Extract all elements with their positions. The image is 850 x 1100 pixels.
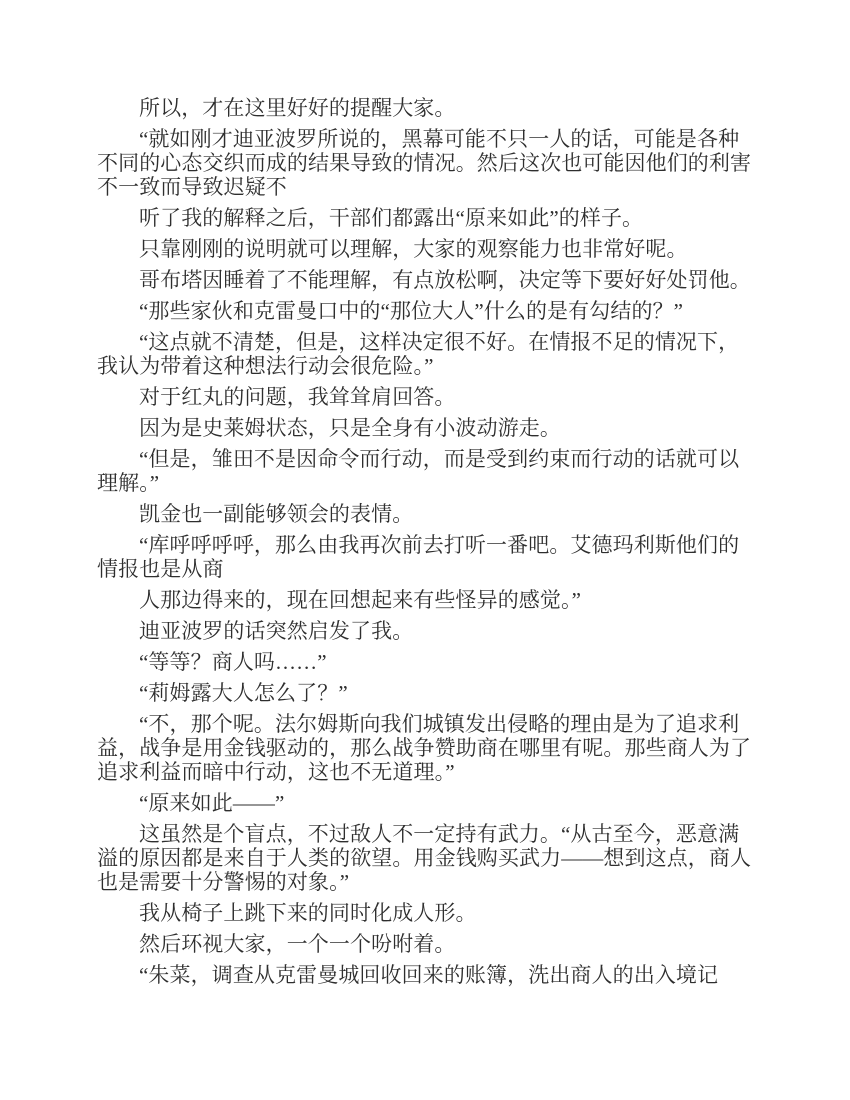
text-line: 所以，才在这里好好的提醒大家。 bbox=[97, 96, 759, 120]
text-line: 这虽然是个盲点，不过敌人不一定持有武力。“从古至今，恶意满 bbox=[97, 822, 759, 846]
text-line: “库呼呼呼呼，那么由我再次前去打听一番吧。艾德玛利斯他们的 bbox=[97, 533, 759, 557]
text-line: 情报也是从商 bbox=[97, 557, 759, 581]
text-line: “等等？商人吗……” bbox=[97, 650, 759, 674]
text-line: 人那边得来的，现在回想起来有些怪异的感觉。” bbox=[97, 588, 759, 612]
text-line: “但是，雏田不是因命令而行动，而是受到约束而行动的话就可以 bbox=[97, 447, 759, 471]
text-line: 哥布塔因睡着了不能理解，有点放松啊，决定等下要好好处罚他。 bbox=[97, 268, 759, 292]
text-line: 对于红丸的问题，我耸耸肩回答。 bbox=[97, 385, 759, 409]
text-line: “那些家伙和克雷曼口中的“那位大人”什么的是有勾结的？” bbox=[97, 299, 759, 323]
text-line: 追求利益而暗中行动，这也不无道理。” bbox=[97, 760, 759, 784]
text-line: 因为是史莱姆状态，只是全身有小波动游走。 bbox=[97, 416, 759, 440]
text-line: 然后环视大家，一个一个吩咐着。 bbox=[97, 932, 759, 956]
text-line: 不同的心态交织而成的结果导致的情况。然后这次也可能因他们的利害 bbox=[97, 151, 759, 175]
text-line: 益，战争是用金钱驱动的，那么战争赞助商在哪里有呢。那些商人为了 bbox=[97, 736, 759, 760]
text-line: 听了我的解释之后，干部们都露出“原来如此”的样子。 bbox=[97, 206, 759, 230]
text-line: “这点就不清楚，但是，这样决定很不好。在情报不足的情况下， bbox=[97, 330, 759, 354]
novel-page: 所以，才在这里好好的提醒大家。“就如刚才迪亚波罗所说的，黑幕可能不只一人的话，可… bbox=[0, 0, 850, 1100]
text-line: 我从椅子上跳下来的同时化成人形。 bbox=[97, 901, 759, 925]
text-line: 凯金也一副能够领会的表情。 bbox=[97, 502, 759, 526]
text-line: “就如刚才迪亚波罗所说的，黑幕可能不只一人的话，可能是各种 bbox=[97, 127, 759, 151]
text-line: 溢的原因都是来自于人类的欲望。用金钱购买武力——想到这点，商人 bbox=[97, 846, 759, 870]
text-line: 我认为带着这种想法行动会很危险。” bbox=[97, 354, 759, 378]
text-block: 所以，才在这里好好的提醒大家。“就如刚才迪亚波罗所说的，黑幕可能不只一人的话，可… bbox=[97, 96, 759, 987]
text-line: 理解。” bbox=[97, 471, 759, 495]
text-line: 只靠刚刚的说明就可以理解，大家的观察能力也非常好呢。 bbox=[97, 237, 759, 261]
text-line: 迪亚波罗的话突然启发了我。 bbox=[97, 619, 759, 643]
text-line: “不，那个呢。法尔姆斯向我们城镇发出侵略的理由是为了追求利 bbox=[97, 712, 759, 736]
text-line: 也是需要十分警惕的对象。” bbox=[97, 870, 759, 894]
text-line: “朱菜，调查从克雷曼城回收回来的账簿，洗出商人的出入境记 bbox=[97, 963, 759, 987]
text-line: “原来如此——” bbox=[97, 791, 759, 815]
text-line: “莉姆露大人怎么了？” bbox=[97, 681, 759, 705]
text-line: 不一致而导致迟疑不 bbox=[97, 175, 759, 199]
